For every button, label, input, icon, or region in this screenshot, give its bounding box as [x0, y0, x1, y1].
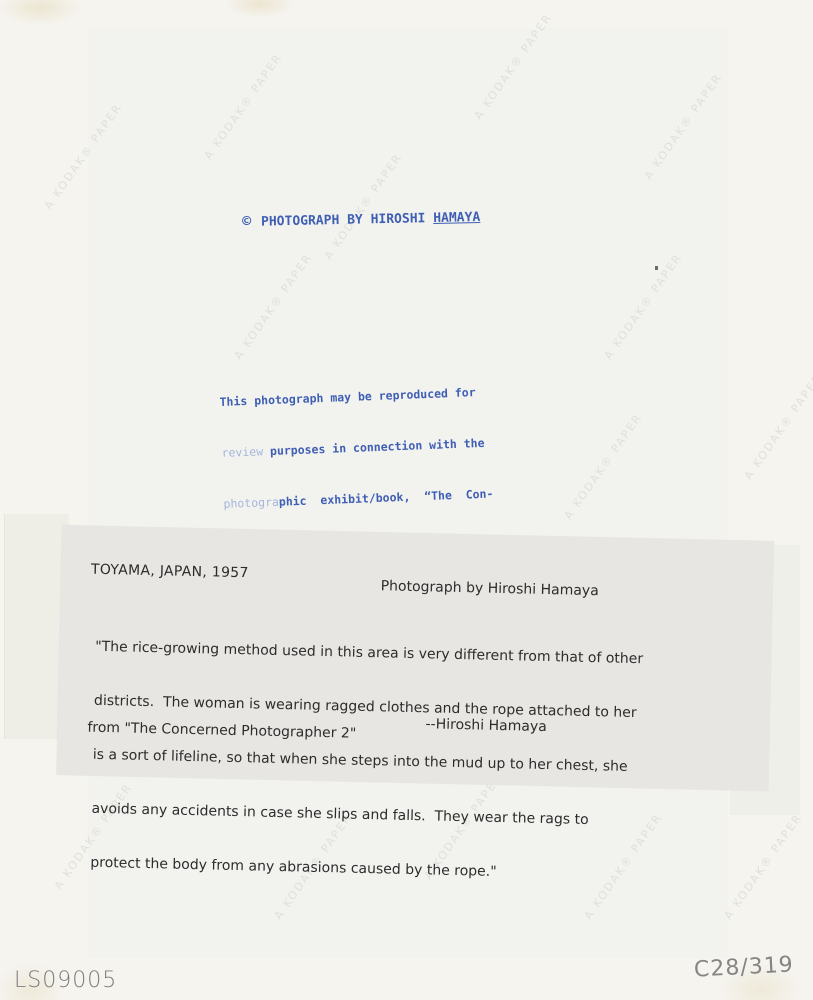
caption-slip: TOYAMA, JAPAN, 1957 Photograph by Hirosh…: [56, 525, 773, 791]
quote-line: avoids any accidents in case she slips a…: [91, 800, 761, 833]
copyright-icon: ©: [242, 212, 251, 230]
pencil-inventory-number: LS09005: [14, 968, 117, 993]
stamp-credit-name: HAMAYA: [433, 210, 480, 226]
quote-line: protect the body from any abrasions caus…: [90, 854, 760, 887]
notice-line: This photograph may be reproduced for: [219, 382, 529, 411]
caption-photo-credit: Photograph by Hiroshi Hamaya: [381, 578, 599, 599]
notice-line: review purposes in connection with the: [221, 433, 531, 462]
quote-line: "The rice-growing method used in this ar…: [95, 638, 765, 671]
caption-place-date: TOYAMA, JAPAN, 1957: [91, 562, 249, 582]
paper-speck: [655, 266, 658, 270]
caption-attribution: --Hiroshi Hamaya: [425, 716, 547, 735]
quote-line: is a sort of lifeline, so that when she …: [93, 746, 763, 779]
caption-quote: "The rice-growing method used in this ar…: [89, 602, 766, 923]
notice-line: photographic exhibit/book, “The Con-: [223, 484, 533, 513]
pencil-catalog-number: C28/319: [693, 952, 794, 982]
